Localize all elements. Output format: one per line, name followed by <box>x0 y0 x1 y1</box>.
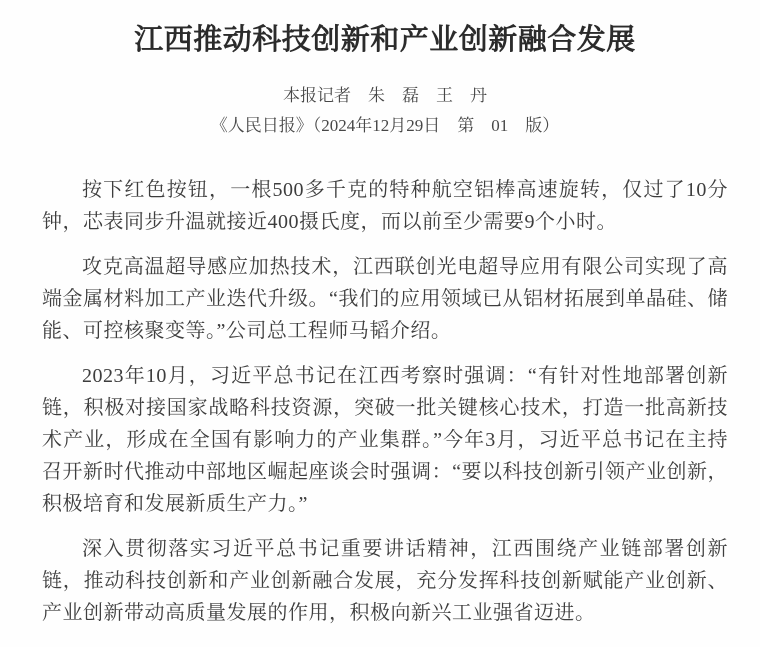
article-page: 江西推动科技创新和产业创新融合发展 本报记者 朱 磊 王 丹 《人民日报》（20… <box>0 0 760 647</box>
article-source-line: 《人民日报》（2024年12月29日 第 01 版） <box>42 114 728 138</box>
article-title: 江西推动科技创新和产业创新融合发展 <box>42 20 728 60</box>
paragraph: 深入贯彻落实习近平总书记重要讲话精神，江西围绕产业链部署创新链，推动科技创新和产… <box>42 533 728 629</box>
article-byline: 本报记者 朱 磊 王 丹 <box>42 84 728 108</box>
article-body: 按下红色按钮，一根500多千克的特种航空铝棒高速旋转，仅过了10分钟，芯表同步升… <box>42 174 728 629</box>
paragraph: 按下红色按钮，一根500多千克的特种航空铝棒高速旋转，仅过了10分钟，芯表同步升… <box>42 174 728 238</box>
paragraph: 2023年10月，习近平总书记在江西考察时强调：“有针对性地部署创新链，积极对接… <box>42 360 728 520</box>
paragraph: 攻克高温超导感应加热技术，江西联创光电超导应用有限公司实现了高端金属材料加工产业… <box>42 251 728 347</box>
